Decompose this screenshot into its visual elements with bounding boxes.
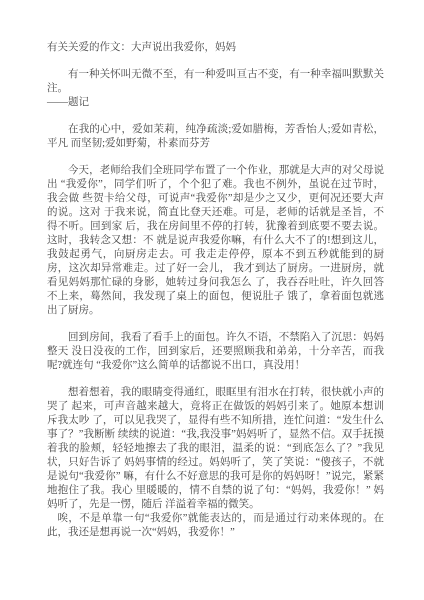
epigraph-text: 有一种关怀叫无微不至，有一种爱叫亘古不变，有一种幸福叫默默关注。 (47, 68, 384, 96)
essay-paragraph-intro: 在我的心中，爱如茉莉，纯净疏淡;爱如腊梅，芳香怡人;爱如青松，平凡 而坚韧;爱如… (47, 123, 384, 151)
essay-page: 有关关爱的作文：大声说出我爱你，妈妈 有一种关怀叫无微不至，有一种爱叫亘古不变，… (0, 0, 424, 600)
essay-title: 有关关爱的作文：大声说出我爱你，妈妈 (47, 41, 384, 55)
essay-paragraph-reflection: 回到房间，我看了看手上的面包。许久不语，不禁陷入了沉思：妈妈整天 没日没夜的工作… (47, 331, 384, 373)
essay-paragraph-assignment: 今天，老师给我们全班同学布置了一个作业，那就是大声的对父母说出 “我爱你”，同学… (47, 164, 384, 318)
essay-paragraph-closing: 唉，不是单靠一句“我爱你”就能表达的，而是通过行动来体现的。在 此，我还是想再说… (47, 512, 384, 540)
essay-paragraph-crying: 想着想着，我的眼睛变得通红，眼眶里有泪水在打转，很快就小声的哭了 起来，可声音越… (47, 386, 384, 512)
epigraph-attribution: ——题记 (47, 96, 384, 110)
